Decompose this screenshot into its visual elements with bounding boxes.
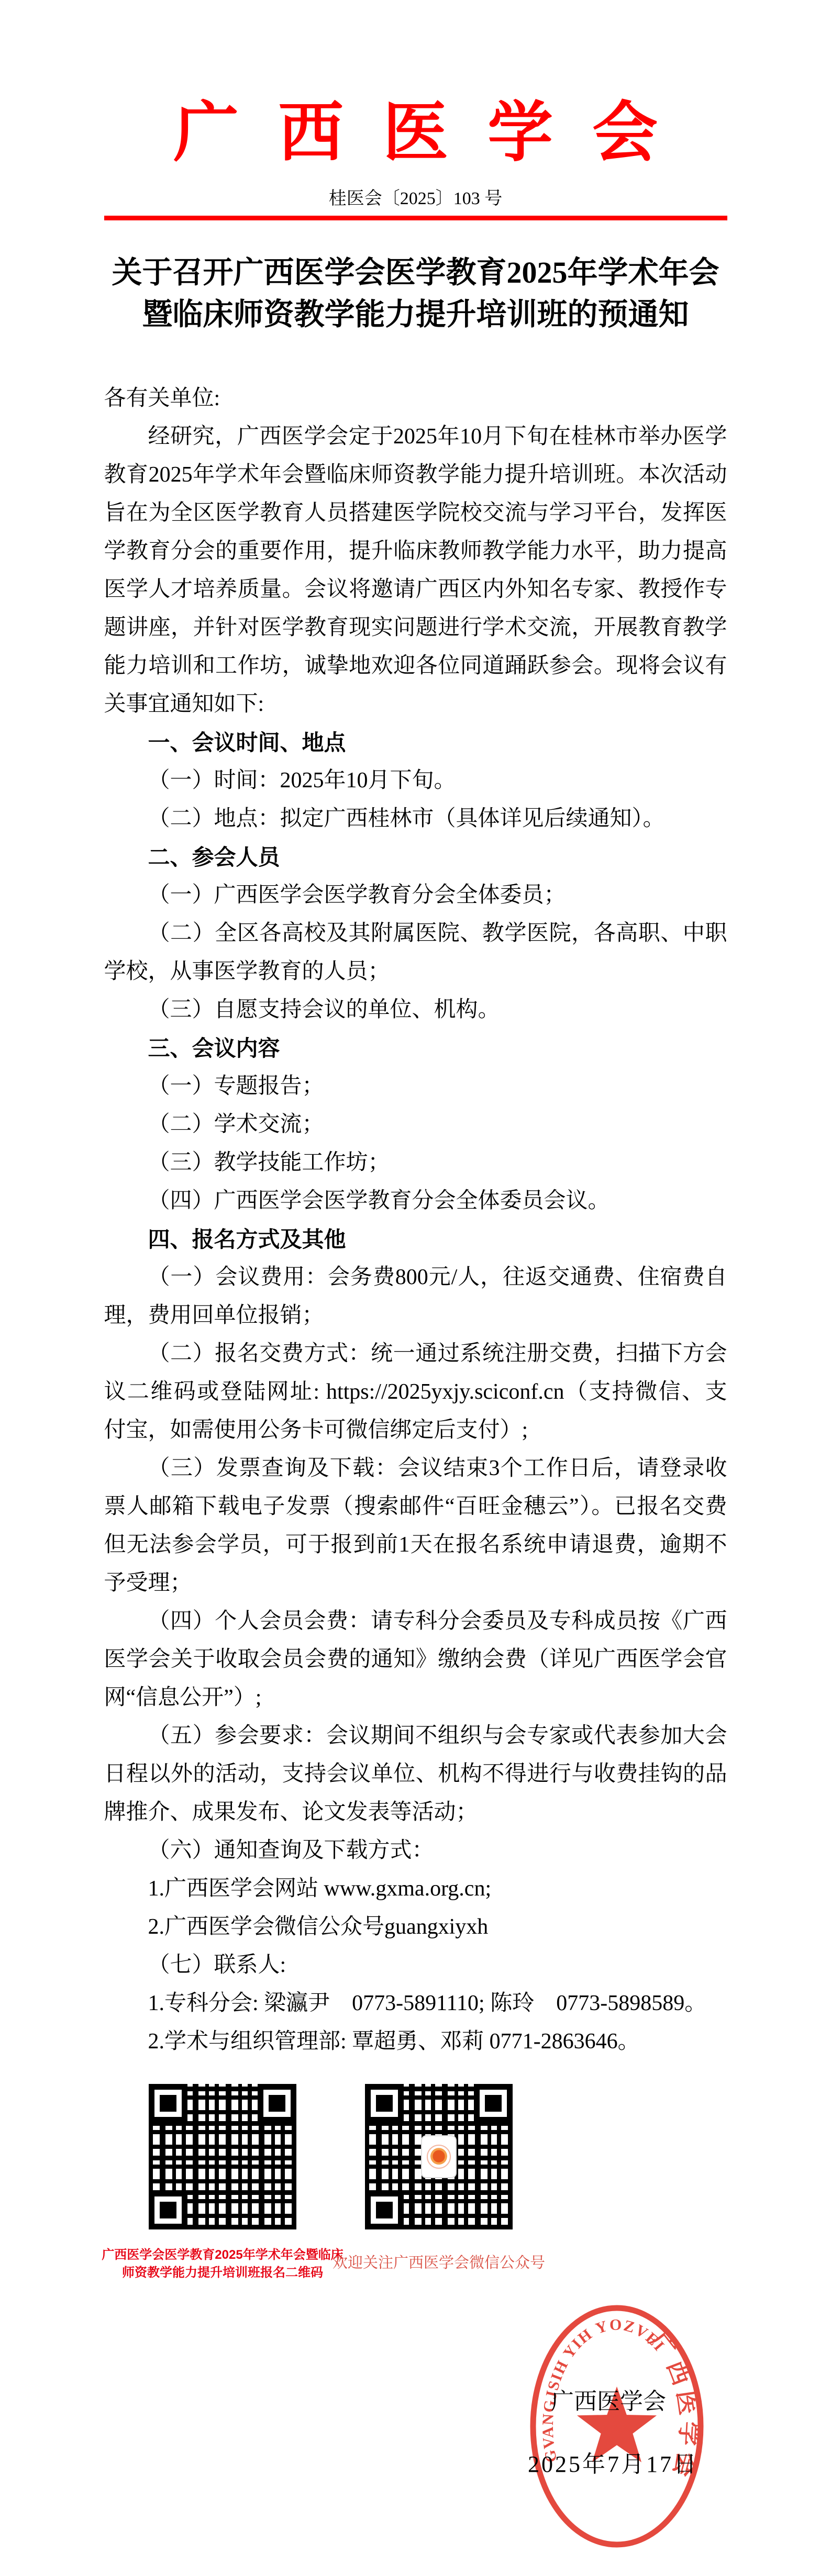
signature-date: 2025年7月17日 (528, 2452, 699, 2477)
red-divider (104, 216, 727, 220)
registration-qr-code (147, 2082, 298, 2232)
doc-title-line-2: 暨临床师资教学能力提升培训班的预通知 (0, 294, 831, 336)
section-4-item-9-contacts: （七）联系人: (104, 1946, 727, 1984)
section-4-item-1: （一）会议费用：会务费800元/人，往返交通费、住宿费自理，费用回单位报销； (104, 1258, 727, 1335)
section-1-item-2: （二）地点：拟定广西桂林市（具体详见后续通知）。 (104, 800, 727, 838)
intro-paragraph: 经研究，广西医学会定于2025年10月下旬在桂林市举办医学教育2025年学术年会… (104, 418, 727, 723)
doc-title: 关于召开广西医学会医学教育2025年学术年会 暨临床师资教学能力提升培训班的预通… (0, 252, 831, 336)
section-4-item-6: （六）通知查询及下载方式： (104, 1832, 727, 1870)
section-1-item-1: （一）时间：2025年10月下旬。 (104, 762, 727, 800)
section-3-heading: 三、会议内容 (104, 1029, 727, 1067)
qr-finder-icon (149, 2084, 187, 2123)
salutation: 各有关单位: (104, 380, 727, 418)
qr-finder-icon (149, 2191, 187, 2229)
section-2-heading: 二、参会人员 (104, 838, 727, 876)
section-3-item-3: （三）教学技能工作坊； (104, 1144, 727, 1182)
official-seal: GVANGJSIH YIH YOZVEI 广西医学会 (525, 2302, 708, 2553)
org-name: 广西医学会 (0, 99, 831, 168)
section-4-item-7-website: 1.广西医学会网站 www.gxma.org.cn; (104, 1870, 727, 1908)
section-4-item-10-contact-1: 1.专科分会: 梁瀛尹 0773-5891110; 陈玲 0773-589858… (104, 1984, 727, 2023)
registration-qr-caption-line-1: 广西医学会医学教育2025年学术年会暨临床 (102, 2246, 343, 2264)
qr-finder-icon (365, 2084, 404, 2123)
signature-org: 广西医学会 (551, 2389, 666, 2414)
section-4-item-3: （三）发票查询及下载：会议结束3个工作日后，请登录收票人邮箱下载电子发票（搜索邮… (104, 1449, 727, 1602)
wechat-qr-caption: 欢迎关注广西医学会微信公众号 (333, 2255, 545, 2271)
qr-finder-icon (258, 2084, 296, 2123)
section-3-item-4: （四）广西医学会医学教育分会全体委员会议。 (104, 1182, 727, 1220)
qr-code-row: 广西医学会医学教育2025年学术年会暨临床 师资教学能力提升培训班报名二维码 欢… (147, 2082, 831, 2282)
section-4-heading: 四、报名方式及其他 (104, 1220, 727, 1258)
section-2-item-2: （二）全区各高校及其附属医院、教学医院，各高职、中职学校，从事医学教育的人员； (104, 915, 727, 991)
section-4-item-5: （五）参会要求：会议期间不组织与会专家或代表参加大会日程以外的活动，支持会议单位… (104, 1717, 727, 1832)
registration-qr-caption-line-2: 师资教学能力提升培训班报名二维码 (102, 2264, 343, 2282)
wechat-account-logo-icon (421, 2135, 457, 2178)
section-2-item-3: （三）自愿支持会议的单位、机构。 (104, 991, 727, 1029)
registration-qr-block: 广西医学会医学教育2025年学术年会暨临床 师资教学能力提升培训班报名二维码 (147, 2082, 298, 2282)
wechat-qr-code (363, 2082, 515, 2232)
section-3-item-2: （二）学术交流； (104, 1106, 727, 1144)
section-4-item-4: （四）个人会员会费：请专科分会委员及专科成员按《广西医学会关于收取会员会费的通知… (104, 1602, 727, 1717)
qr-finder-icon (474, 2084, 513, 2123)
section-3-item-1: （一）专题报告； (104, 1067, 727, 1106)
wechat-qr-block: 欢迎关注广西医学会微信公众号 (363, 2082, 515, 2282)
qr-finder-icon (365, 2191, 404, 2229)
document-page: 广西医学会 桂医会〔2025〕103 号 关于召开广西医学会医学教育2025年学… (0, 0, 831, 2576)
section-4-item-8-wechat: 2.广西医学会微信公众号guangxiyxh (104, 1908, 727, 1946)
section-4-item-2: （二）报名交费方式：统一通过系统注册交费，扫描下方会议二维码或登陆网址: htt… (104, 1335, 727, 1449)
section-1-heading: 一、会议时间、地点 (104, 723, 727, 762)
section-2-item-1: （一）广西医学会医学教育分会全体委员； (104, 876, 727, 915)
doc-body: 各有关单位: 经研究，广西医学会定于2025年10月下旬在桂林市举办医学教育20… (104, 380, 727, 2061)
signature-block: GVANGJSIH YIH YOZVEI 广西医学会 广西医学会 2025年7月… (0, 2282, 831, 2575)
doc-title-line-1: 关于召开广西医学会医学教育2025年学术年会 (0, 252, 831, 294)
registration-qr-caption: 广西医学会医学教育2025年学术年会暨临床 师资教学能力提升培训班报名二维码 (102, 2246, 343, 2282)
section-4-item-11-contact-2: 2.学术与组织管理部: 覃超勇、邓莉 0771-2863646。 (104, 2023, 727, 2061)
doc-number: 桂医会〔2025〕103 号 (0, 189, 831, 208)
